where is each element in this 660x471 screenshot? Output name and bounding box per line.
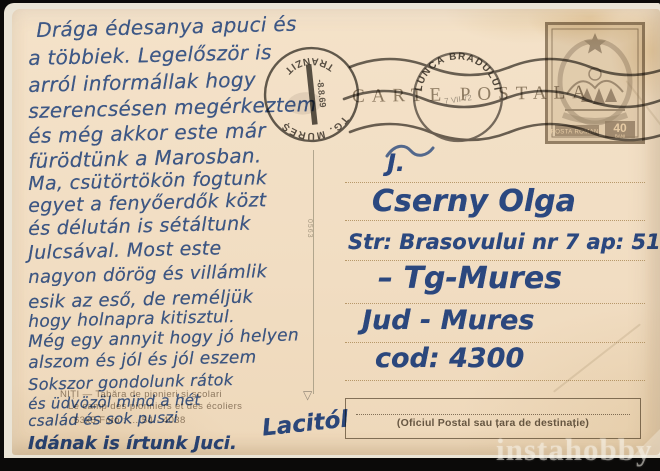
message-line: Julcsával. Most este xyxy=(28,237,222,264)
postscript: Idának is írtunk Juci. xyxy=(28,433,237,454)
printer-mark-icon: ▽ xyxy=(303,388,312,402)
wavy-cancellation-line xyxy=(350,59,660,75)
address-line: Jud - Mures xyxy=(362,305,534,336)
crease-mark xyxy=(553,323,641,392)
address-rule xyxy=(345,380,645,381)
postmark-cancel-name: LUNCA BRADULUI xyxy=(413,51,502,92)
message-line: arról informállak hogy xyxy=(28,67,256,97)
scanned-postcard: Drága édesanya apuci és a többiek. Legel… xyxy=(0,0,660,471)
message-line: alszom és jól és jól eszem xyxy=(28,347,257,373)
address-line: – Tg-Mures xyxy=(378,261,562,296)
address-line: Cserny Olga xyxy=(372,184,576,219)
address-line: cod: 4300 xyxy=(375,343,524,374)
message-line: nagyon dörög és villámlik xyxy=(28,261,267,288)
caption-line: NIȚI — Tabăra de pionieri și școlari xyxy=(60,389,222,400)
postmark-cancel-date: 7 VII 72 xyxy=(444,93,473,106)
wavy-cancellation-line xyxy=(350,124,660,140)
divider-line xyxy=(313,150,314,394)
caption-line: 63x5 Foto : … 54 · 4038 xyxy=(74,415,186,426)
postcard: Drága édesanya apuci és a többiek. Legel… xyxy=(12,9,660,455)
address-rule xyxy=(345,182,645,183)
message-line: Drága édesanya apuci és xyxy=(36,12,297,42)
address-rule xyxy=(345,303,645,304)
watermark: instahobby xyxy=(496,432,652,468)
series-code: 0563 xyxy=(306,219,313,239)
destination-box-label: (Oficiul Postal sau țara de destinație) xyxy=(346,417,640,429)
address-rule xyxy=(345,342,645,343)
destination-box-rule xyxy=(356,414,630,415)
caption-line: Le camp des pionniers et des écoliers xyxy=(68,401,242,412)
postmark-transit: TG. MUREȘ TRANZIT -8.8.69 xyxy=(259,42,364,147)
address-rule xyxy=(345,260,645,261)
address-rule xyxy=(345,220,645,221)
message-line: a többiek. Legelőször is xyxy=(28,40,272,70)
svg-text:LUNCA BRADULUI: LUNCA BRADULUI xyxy=(413,51,502,92)
message-line: és délután is sétáltunk xyxy=(28,213,251,240)
signature: Lacitól xyxy=(261,407,350,442)
address-line: Str: Brasovului nr 7 ap: 51 xyxy=(348,230,660,254)
address-line: J. xyxy=(387,149,405,177)
